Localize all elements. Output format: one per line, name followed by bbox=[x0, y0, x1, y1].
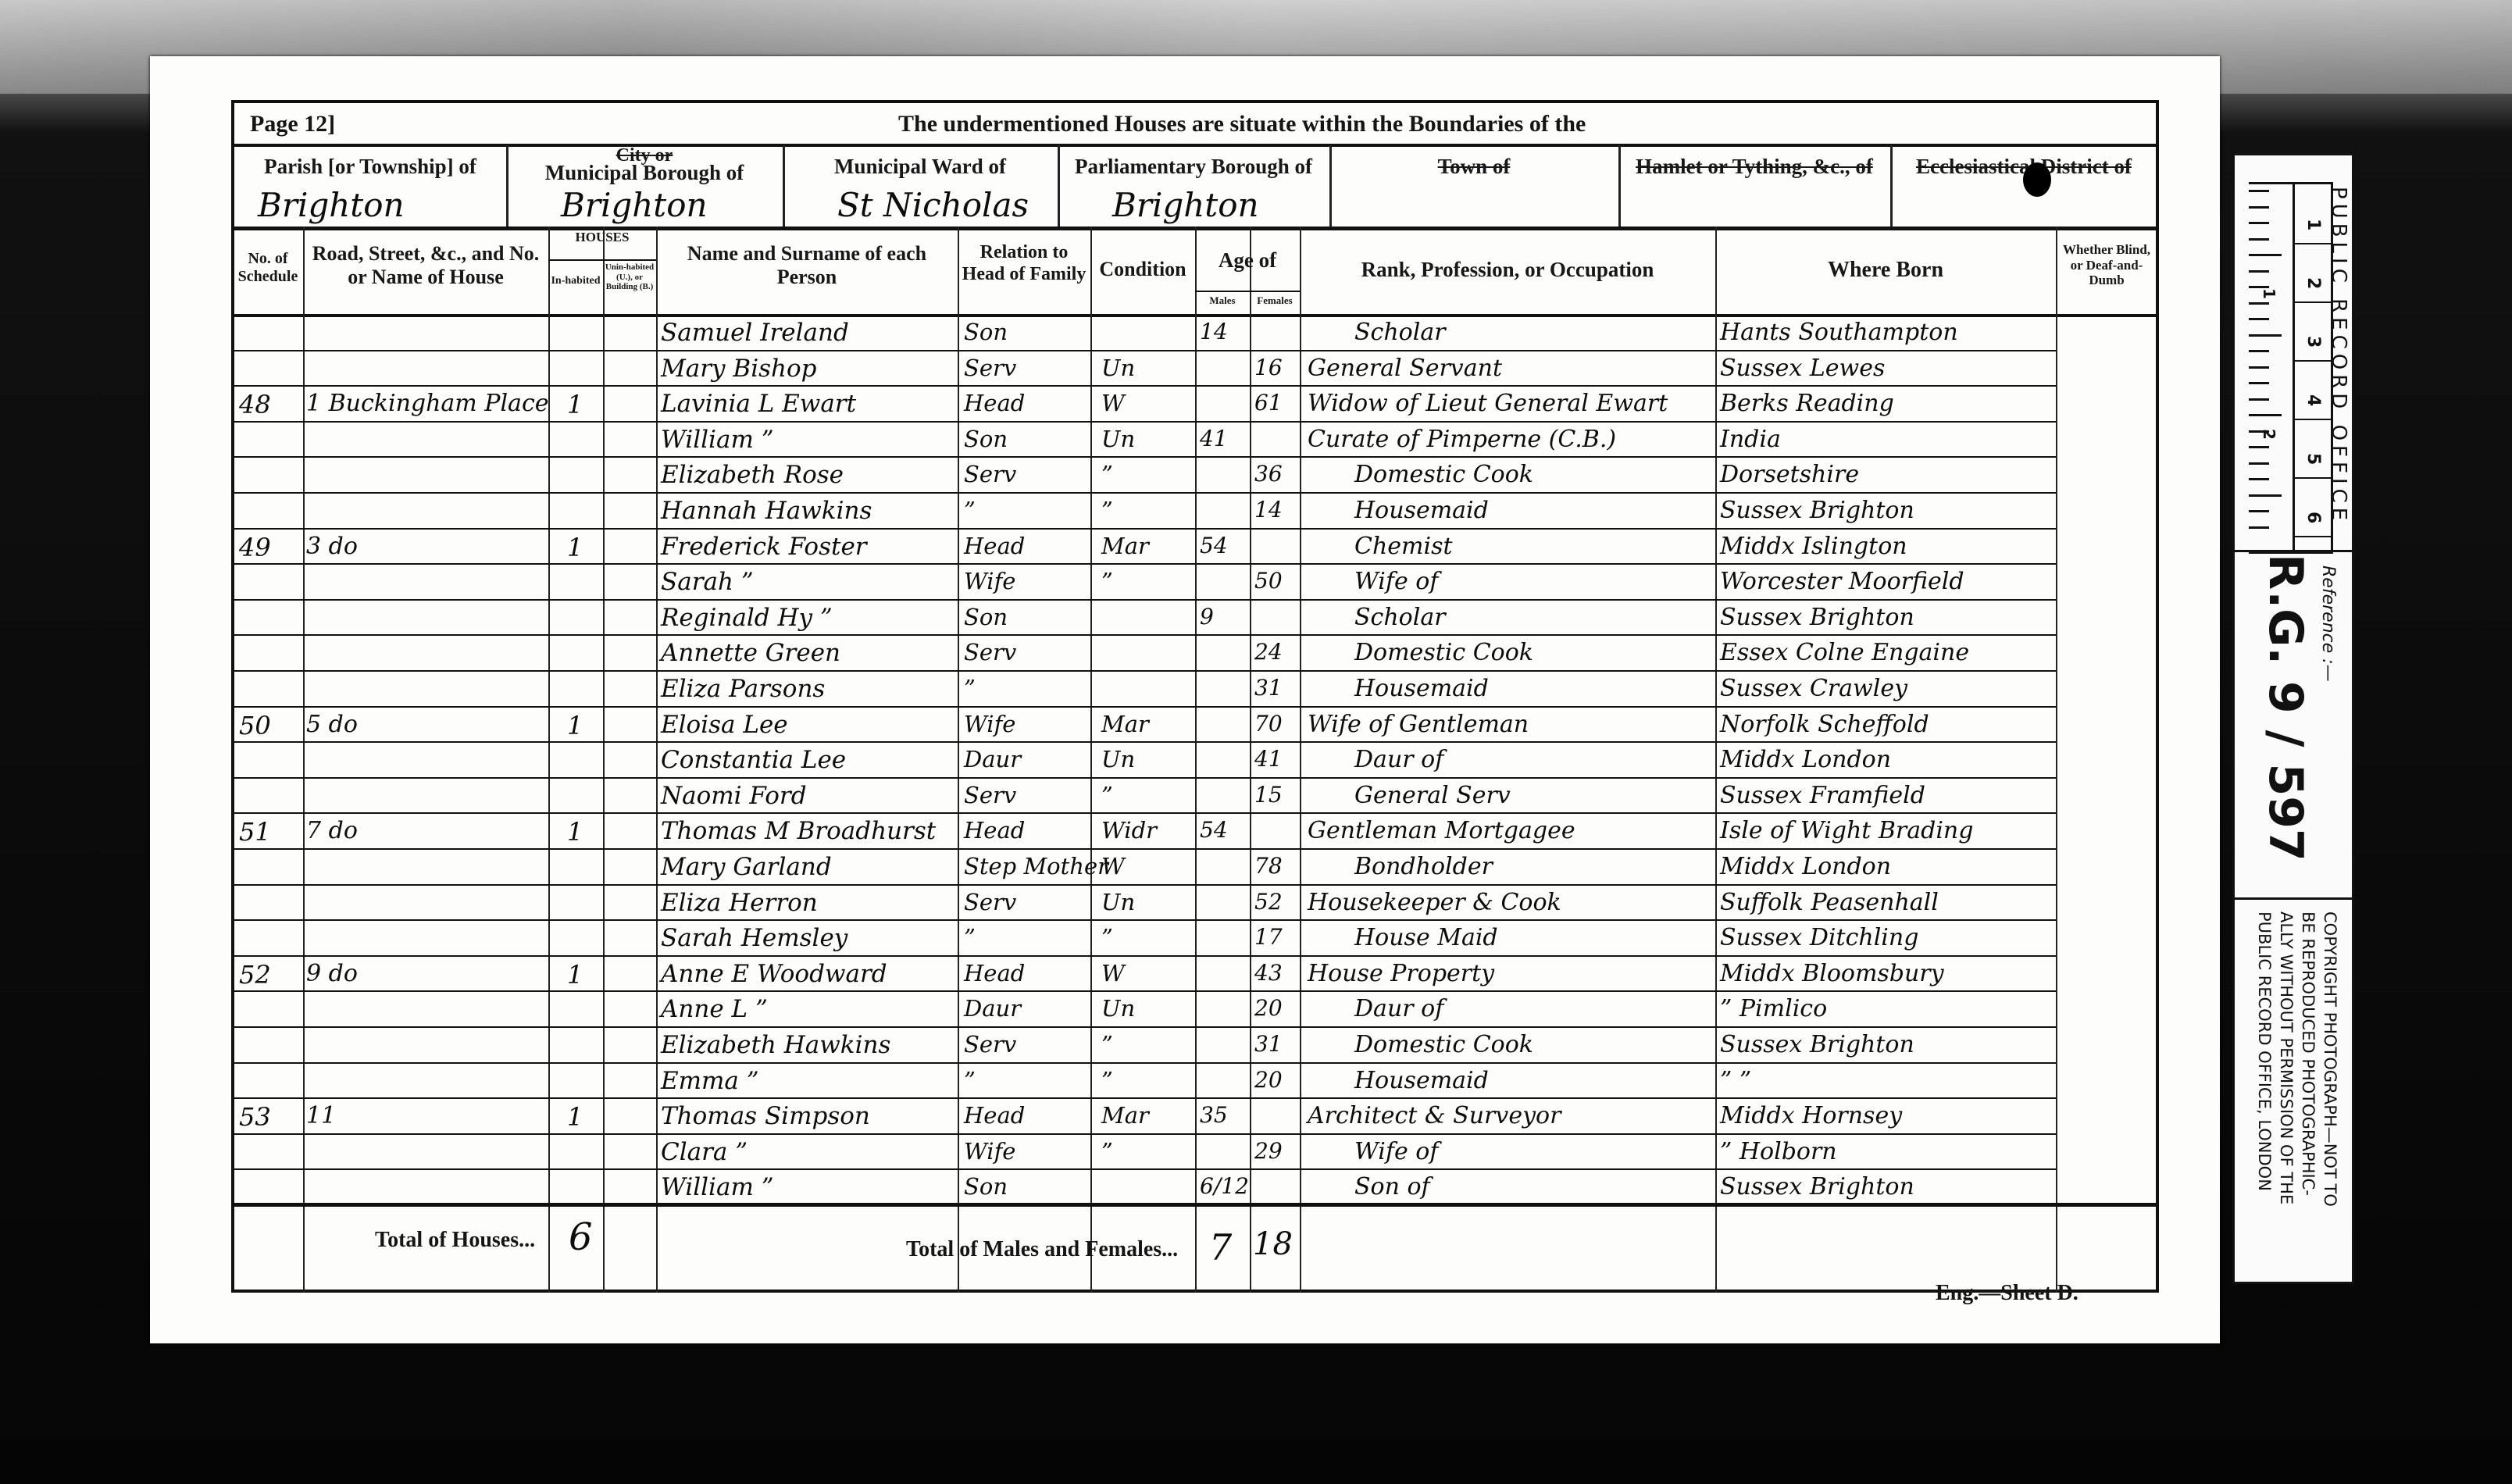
jurisdiction-value: Brighton bbox=[258, 186, 405, 224]
jurisdiction-2: City orMunicipal Borough ofBrighton bbox=[506, 145, 783, 227]
cell-female: 61 bbox=[1254, 390, 1283, 416]
column-header-occupation: Rank, Profession, or Occupation bbox=[1303, 258, 1712, 282]
table-row: Reginald Hy ”Son9ScholarSussex Brighton bbox=[233, 601, 2157, 637]
ruler-inch-label: 2 bbox=[2260, 429, 2278, 440]
table-row: 505 do1Eloisa LeeWifeMar70Wife of Gentle… bbox=[233, 708, 2157, 744]
cell-condition: W bbox=[1101, 390, 1125, 416]
cell-relation: Son bbox=[964, 1173, 1008, 1200]
cell-schedule: 48 bbox=[239, 390, 271, 419]
cell-female: 50 bbox=[1254, 568, 1283, 594]
table-row: Annette GreenServ24Domestic CookEssex Co… bbox=[233, 636, 2157, 672]
cell-relation: Son bbox=[964, 426, 1008, 452]
cell-name: Mary Garland bbox=[661, 853, 832, 881]
copyright-notice: COPYRIGHT PHOTOGRAPH—NOT TO BE REPRODUCE… bbox=[2246, 904, 2343, 1271]
cell-born: Sussex Brighton bbox=[1720, 497, 1914, 524]
ruler-inch-label: 1 bbox=[2260, 288, 2278, 299]
cell-name: Elizabeth Hawkins bbox=[661, 1031, 890, 1059]
cell-name: Anne L ” bbox=[661, 995, 768, 1023]
column-header-schedule: No. of Schedule bbox=[236, 250, 300, 286]
cell-inhabited: 1 bbox=[567, 533, 583, 562]
cell-occupation: General Servant bbox=[1308, 355, 1502, 382]
cell-born: ” ” bbox=[1720, 1067, 1751, 1094]
cell-female: 43 bbox=[1254, 960, 1283, 986]
cell-name: Samuel Ireland bbox=[661, 319, 849, 347]
table-row: William ”SonUn41Curate of Pimperne (C.B.… bbox=[233, 423, 2157, 458]
cell-relation: Daur bbox=[964, 746, 1021, 772]
cell-relation: Head bbox=[964, 390, 1025, 416]
ruler-cm-label: 6 bbox=[2303, 512, 2323, 523]
column-header-relation: Relation to Head of Family bbox=[961, 242, 1087, 285]
cell-condition: ” bbox=[1101, 461, 1113, 487]
cell-relation: Head bbox=[964, 533, 1025, 559]
cell-born: ” Holborn bbox=[1720, 1138, 1837, 1165]
jurisdiction-1: Parish [or Township] ofBrighton bbox=[234, 145, 506, 227]
cell-occupation: Domestic Cook bbox=[1354, 461, 1533, 488]
table-row: Clara ”Wife”29Wife of” Holborn bbox=[233, 1135, 2157, 1171]
cell-relation: Serv bbox=[964, 639, 1016, 665]
ruler-cm-label: 4 bbox=[2303, 394, 2323, 406]
cell-condition: Mar bbox=[1101, 711, 1149, 737]
ruler-tick bbox=[2249, 302, 2269, 305]
cell-born: Sussex Ditchling bbox=[1720, 924, 1918, 951]
cell-name: Sarah Hemsley bbox=[661, 924, 847, 952]
cell-born: Hants Southampton bbox=[1720, 319, 1958, 346]
reference-label: Reference :— bbox=[2318, 565, 2338, 682]
column-header-name: Name and Surname of each Person bbox=[659, 242, 954, 289]
table-row: Sarah Hemsley””17House MaidSussex Ditchl… bbox=[233, 921, 2157, 957]
jurisdiction-value: St Nicholas bbox=[837, 186, 1029, 224]
cell-condition: ” bbox=[1101, 1138, 1113, 1165]
cell-road: 9 do bbox=[306, 960, 358, 987]
cell-born: Middx Bloomsbury bbox=[1720, 960, 1944, 987]
cell-relation: Head bbox=[964, 1102, 1025, 1129]
column-header-born: Where Born bbox=[1718, 258, 2053, 283]
ruler-cm-cell: 6 bbox=[2295, 477, 2331, 537]
cell-occupation: Son of bbox=[1354, 1173, 1430, 1200]
cell-name: Thomas Simpson bbox=[661, 1102, 870, 1130]
cell-born: Sussex Lewes bbox=[1720, 355, 1885, 382]
ruler-tick bbox=[2249, 414, 2282, 416]
ruler-cm-label: 1 bbox=[2303, 219, 2323, 230]
table-row: Mary BishopServUn16General ServantSussex… bbox=[233, 351, 2157, 387]
total-houses-label: Total of Houses... bbox=[375, 1228, 535, 1253]
cell-condition: ” bbox=[1101, 568, 1113, 594]
cell-male: 6/12 bbox=[1200, 1173, 1249, 1199]
cell-occupation: Widow of Lieut General Ewart bbox=[1308, 390, 1668, 417]
cell-relation: ” bbox=[964, 675, 976, 701]
total-houses-value: 6 bbox=[569, 1215, 593, 1259]
cell-name: Sarah ” bbox=[661, 568, 754, 596]
cell-female: 31 bbox=[1254, 1031, 1283, 1057]
cell-name: Anne E Woodward bbox=[661, 960, 887, 988]
cell-male: 41 bbox=[1200, 426, 1228, 451]
cell-born: Suffolk Peasenhall bbox=[1720, 889, 1939, 916]
ruler-tick bbox=[2249, 478, 2269, 480]
column-header-inhabited: In-habited bbox=[550, 275, 601, 287]
cell-condition: Un bbox=[1101, 889, 1135, 915]
cell-born: Sussex Crawley bbox=[1720, 675, 1907, 702]
ruler-tick bbox=[2249, 270, 2269, 273]
cell-relation: Head bbox=[964, 960, 1025, 986]
cell-condition: Un bbox=[1101, 355, 1135, 381]
table-row: Sarah ”Wife”50Wife ofWorcester Moorfield bbox=[233, 565, 2157, 601]
cell-relation: ” bbox=[964, 1067, 976, 1093]
cell-inhabited: 1 bbox=[567, 960, 583, 990]
cell-relation: ” bbox=[964, 924, 976, 951]
ruler-tick bbox=[2249, 526, 2269, 529]
cell-born: Sussex Framfield bbox=[1720, 782, 1925, 809]
ruler-tick bbox=[2249, 238, 2269, 241]
table-row: Elizabeth HawkinsServ”31Domestic CookSus… bbox=[233, 1028, 2157, 1064]
jurisdiction-4: Parliamentary Borough ofBrighton bbox=[1058, 145, 1329, 227]
column-header-infirm: Whether Blind, or Deaf-and-Dumb bbox=[2059, 242, 2154, 288]
cell-male: 9 bbox=[1200, 604, 1214, 630]
cell-relation: Serv bbox=[964, 782, 1016, 808]
cell-occupation: Gentleman Mortgagee bbox=[1308, 817, 1575, 844]
cell-condition: Un bbox=[1101, 995, 1135, 1022]
cell-born: Middx Islington bbox=[1720, 533, 1907, 560]
cell-schedule: 52 bbox=[239, 960, 271, 990]
cell-occupation: Wife of bbox=[1354, 1138, 1438, 1165]
cell-born: Sussex Brighton bbox=[1720, 604, 1914, 631]
jurisdiction-6: Hamlet or Tything, &c., of bbox=[1618, 145, 1890, 227]
total-females-value: 18 bbox=[1253, 1226, 1293, 1262]
cell-occupation: Daur of bbox=[1354, 995, 1443, 1022]
total-persons-label: Total of Males and Females... bbox=[906, 1237, 1178, 1262]
cell-road: 5 do bbox=[306, 711, 358, 738]
table-row: Hannah Hawkins””14HousemaidSussex Bright… bbox=[233, 494, 2157, 530]
table-row: Naomi FordServ”15General ServSussex Fram… bbox=[233, 779, 2157, 815]
cell-name: Reginald Hy ” bbox=[661, 604, 833, 632]
cell-inhabited: 1 bbox=[567, 1102, 583, 1132]
column-header-condition: Condition bbox=[1094, 258, 1192, 281]
cell-condition: W bbox=[1101, 853, 1125, 879]
cell-female: 17 bbox=[1254, 924, 1283, 950]
jurisdiction-3: Municipal Ward ofSt Nicholas bbox=[783, 145, 1058, 227]
cell-name: Frederick Foster bbox=[661, 533, 867, 561]
cell-inhabited: 1 bbox=[567, 390, 583, 419]
cell-road: 11 bbox=[306, 1102, 336, 1129]
cell-occupation: Housemaid bbox=[1354, 675, 1489, 702]
table-row: Samuel IrelandSon14ScholarHants Southamp… bbox=[233, 316, 2157, 351]
table-row: William ”Son6/12Son ofSussex Brighton bbox=[233, 1170, 2157, 1206]
cell-occupation: General Serv bbox=[1354, 782, 1511, 809]
table-row: 481 Buckingham Place1Lavinia L EwartHead… bbox=[233, 387, 2157, 423]
jurisdiction-label: Municipal Borough of bbox=[506, 161, 783, 185]
cell-condition: Mar bbox=[1101, 533, 1149, 559]
cell-name: Thomas M Broadhurst bbox=[661, 817, 936, 845]
cell-born: Sussex Brighton bbox=[1720, 1173, 1914, 1200]
ruler-cm-cell: 2 bbox=[2295, 243, 2331, 303]
jurisdiction-label: Parish [or Township] of bbox=[234, 155, 506, 179]
rule-line bbox=[1195, 291, 1300, 292]
cell-schedule: 49 bbox=[239, 533, 271, 562]
cell-occupation: Domestic Cook bbox=[1354, 1031, 1533, 1058]
public-record-office-strip: 123456 PUBLIC RECORD OFFICE Reference :—… bbox=[2232, 153, 2354, 1284]
cell-female: 20 bbox=[1254, 995, 1283, 1021]
cell-name: Annette Green bbox=[661, 639, 840, 667]
rule-line bbox=[233, 1203, 2157, 1207]
cell-born: Middx London bbox=[1720, 853, 1891, 880]
cell-occupation: Scholar bbox=[1354, 319, 1446, 346]
cell-occupation: Wife of bbox=[1354, 568, 1438, 595]
cell-female: 52 bbox=[1254, 889, 1283, 915]
strip-title: PUBLIC RECORD OFFICE bbox=[2327, 187, 2350, 525]
cell-occupation: Bondholder bbox=[1354, 853, 1493, 880]
jurisdiction-label: Hamlet or Tything, &c., of bbox=[1618, 155, 1890, 179]
ruler-tick bbox=[2249, 366, 2269, 369]
cell-condition: Un bbox=[1101, 426, 1135, 452]
ruler-cm-cell: 5 bbox=[2295, 419, 2331, 479]
cell-occupation: Scholar bbox=[1354, 604, 1446, 631]
table-row: 529 do1Anne E WoodwardHeadW43House Prope… bbox=[233, 957, 2157, 993]
cell-relation: Wife bbox=[964, 711, 1015, 737]
cell-relation: Serv bbox=[964, 461, 1016, 487]
cell-occupation: House Property bbox=[1308, 960, 1494, 987]
cell-relation: Head bbox=[964, 817, 1025, 844]
cell-name: William ” bbox=[661, 1173, 774, 1201]
cell-born: Berks Reading bbox=[1720, 390, 1894, 417]
cell-born: Middx London bbox=[1720, 746, 1891, 773]
cell-condition: ” bbox=[1101, 1031, 1113, 1058]
ruler-cm-cell: 1 bbox=[2295, 184, 2331, 244]
page-heading: The undermentioned Houses are situate wi… bbox=[898, 111, 1586, 137]
cell-name: Elizabeth Rose bbox=[661, 461, 844, 489]
cell-name: Lavinia L Ewart bbox=[661, 390, 856, 418]
table-row: 53111Thomas SimpsonHeadMar35Architect & … bbox=[233, 1099, 2157, 1135]
ruler-tick bbox=[2249, 350, 2269, 352]
cell-occupation: Housekeeper & Cook bbox=[1308, 889, 1561, 916]
cell-male: 35 bbox=[1200, 1102, 1228, 1128]
cell-relation: Son bbox=[964, 604, 1008, 630]
column-header-age: Age of bbox=[1195, 248, 1300, 273]
ruler-tick bbox=[2249, 494, 2282, 497]
cell-born: Worcester Moorfield bbox=[1720, 568, 1964, 595]
ruler-cm-cell: 3 bbox=[2295, 301, 2331, 362]
cell-name: Eloisa Lee bbox=[661, 711, 788, 739]
jurisdiction-value: Brighton bbox=[561, 186, 708, 224]
cell-occupation: Domestic Cook bbox=[1354, 639, 1533, 666]
cell-male: 14 bbox=[1200, 319, 1228, 344]
table-row: Elizabeth RoseServ”36Domestic CookDorset… bbox=[233, 458, 2157, 494]
cell-occupation: Housemaid bbox=[1354, 1067, 1489, 1094]
page-number: Page 12] bbox=[250, 111, 335, 137]
cell-road: 1 Buckingham Place bbox=[306, 390, 549, 417]
cell-female: 20 bbox=[1254, 1067, 1283, 1093]
ruler-tick bbox=[2249, 462, 2269, 465]
cell-relation: Serv bbox=[964, 355, 1016, 381]
ruler-tick bbox=[2249, 206, 2269, 209]
cell-condition: ” bbox=[1101, 924, 1113, 951]
cell-female: 29 bbox=[1254, 1138, 1283, 1164]
table-row: 493 do1Frederick FosterHeadMar54ChemistM… bbox=[233, 530, 2157, 565]
cell-road: 7 do bbox=[306, 817, 358, 844]
cell-born: Isle of Wight Brading bbox=[1720, 817, 1973, 844]
cell-female: 14 bbox=[1254, 497, 1283, 523]
cell-name: Clara ” bbox=[661, 1138, 748, 1166]
table-row: Mary GarlandStep MotherW78BondholderMidd… bbox=[233, 850, 2157, 886]
cell-female: 41 bbox=[1254, 746, 1283, 772]
cell-condition: Widr bbox=[1101, 817, 1157, 844]
cell-occupation: Chemist bbox=[1354, 533, 1453, 560]
cell-name: Emma ” bbox=[661, 1067, 759, 1095]
table-row: 517 do1Thomas M BroadhurstHeadWidr54Gent… bbox=[233, 814, 2157, 850]
cell-born: Dorsetshire bbox=[1720, 461, 1859, 488]
ruler-cm-cell: 4 bbox=[2295, 360, 2331, 420]
cell-name: Constantia Lee bbox=[661, 746, 846, 774]
rule-line bbox=[548, 259, 656, 261]
cell-female: 16 bbox=[1254, 355, 1283, 380]
ruler-tick bbox=[2249, 334, 2282, 337]
table-row: Anne L ”DaurUn20Daur of” Pimlico bbox=[233, 992, 2157, 1028]
cell-schedule: 50 bbox=[239, 711, 271, 740]
ruler-tick bbox=[2249, 318, 2269, 320]
ruler-tick bbox=[2249, 398, 2269, 401]
column-header-females: Females bbox=[1251, 295, 1299, 307]
cell-condition: W bbox=[1101, 960, 1125, 986]
cell-female: 15 bbox=[1254, 782, 1283, 808]
column-header-uninhabited: Unin-habited (U.), or Building (B.) bbox=[605, 262, 655, 292]
cell-occupation: Architect & Surveyor bbox=[1308, 1102, 1561, 1129]
ink-blot bbox=[2023, 162, 2051, 197]
column-header-males: Males bbox=[1197, 295, 1248, 307]
cell-occupation: Curate of Pimperne (C.B.) bbox=[1308, 426, 1616, 453]
cell-born: Sussex Brighton bbox=[1720, 1031, 1914, 1058]
cell-relation: ” bbox=[964, 497, 976, 523]
cell-occupation: Housemaid bbox=[1354, 497, 1489, 524]
cell-born: Norfolk Scheffold bbox=[1720, 711, 1929, 738]
jurisdiction-label: Municipal Ward of bbox=[783, 155, 1058, 179]
cell-occupation: Wife of Gentleman bbox=[1308, 711, 1529, 738]
ruler-tick bbox=[2249, 446, 2269, 448]
table-row: Emma ”””20Housemaid” ” bbox=[233, 1064, 2157, 1100]
cell-occupation: House Maid bbox=[1354, 924, 1498, 951]
table-row: Constantia LeeDaurUn41Daur ofMiddx Londo… bbox=[233, 743, 2157, 779]
cell-condition: Mar bbox=[1101, 1102, 1149, 1129]
cell-relation: Serv bbox=[964, 1031, 1016, 1058]
cell-born: India bbox=[1720, 426, 1781, 453]
total-males-value: 7 bbox=[1209, 1226, 1232, 1268]
cell-name: Eliza Herron bbox=[661, 889, 818, 917]
cell-condition: ” bbox=[1101, 1067, 1113, 1093]
cell-female: 24 bbox=[1254, 639, 1283, 665]
ruler-tick bbox=[2249, 254, 2282, 256]
cell-born: ” Pimlico bbox=[1720, 995, 1827, 1022]
cell-female: 78 bbox=[1254, 853, 1283, 879]
cell-occupation: Daur of bbox=[1354, 746, 1443, 773]
cell-name: Hannah Hawkins bbox=[661, 497, 872, 525]
column-header-houses: HOUSES bbox=[548, 230, 656, 245]
cell-name: Mary Bishop bbox=[661, 355, 817, 383]
table-row: Eliza Parsons”31HousemaidSussex Crawley bbox=[233, 672, 2157, 708]
cell-name: Eliza Parsons bbox=[661, 675, 825, 703]
column-header-road: Road, Street, &c., and No. or Name of Ho… bbox=[306, 242, 545, 289]
jurisdiction-5: Town of bbox=[1329, 145, 1618, 227]
ruler-cm-label: 5 bbox=[2303, 453, 2323, 465]
cell-name: Naomi Ford bbox=[661, 782, 807, 810]
cell-relation: Daur bbox=[964, 995, 1021, 1022]
ruler-tick bbox=[2249, 510, 2269, 512]
cell-schedule: 51 bbox=[239, 817, 271, 847]
ruler-cm-label: 3 bbox=[2303, 336, 2323, 348]
cell-schedule: 53 bbox=[239, 1102, 271, 1132]
cell-inhabited: 1 bbox=[567, 711, 583, 740]
jurisdiction-label: Town of bbox=[1329, 155, 1618, 179]
cell-inhabited: 1 bbox=[567, 817, 583, 847]
cell-relation: Wife bbox=[964, 568, 1015, 594]
jurisdiction-value: Brighton bbox=[1112, 186, 1259, 224]
cell-male: 54 bbox=[1200, 533, 1228, 558]
cell-male: 54 bbox=[1200, 817, 1228, 843]
cell-condition: ” bbox=[1101, 782, 1113, 808]
cell-relation: Step Mother bbox=[964, 853, 1108, 879]
cell-condition: Un bbox=[1101, 746, 1135, 772]
ruler-cm-label: 2 bbox=[2303, 277, 2323, 289]
jurisdiction-label: Parliamentary Borough of bbox=[1058, 155, 1329, 179]
cell-born: Middx Hornsey bbox=[1720, 1102, 1902, 1129]
reference-number: R.G. 9 / 597 bbox=[2258, 554, 2313, 862]
table-row: Eliza HerronServUn52Housekeeper & CookSu… bbox=[233, 886, 2157, 922]
cell-relation: Wife bbox=[964, 1138, 1015, 1165]
ruler-tick bbox=[2249, 382, 2269, 384]
cell-born: Essex Colne Engaine bbox=[1720, 639, 1969, 666]
cell-name: William ” bbox=[661, 426, 774, 454]
cell-female: 36 bbox=[1254, 461, 1283, 487]
ruler-tick bbox=[2249, 190, 2269, 192]
cell-relation: Son bbox=[964, 319, 1008, 345]
cell-road: 3 do bbox=[306, 533, 358, 560]
cell-female: 31 bbox=[1254, 675, 1283, 701]
cell-relation: Serv bbox=[964, 889, 1016, 915]
cell-condition: ” bbox=[1101, 497, 1113, 523]
cell-female: 70 bbox=[1254, 711, 1283, 737]
ruler-tick bbox=[2249, 222, 2269, 224]
